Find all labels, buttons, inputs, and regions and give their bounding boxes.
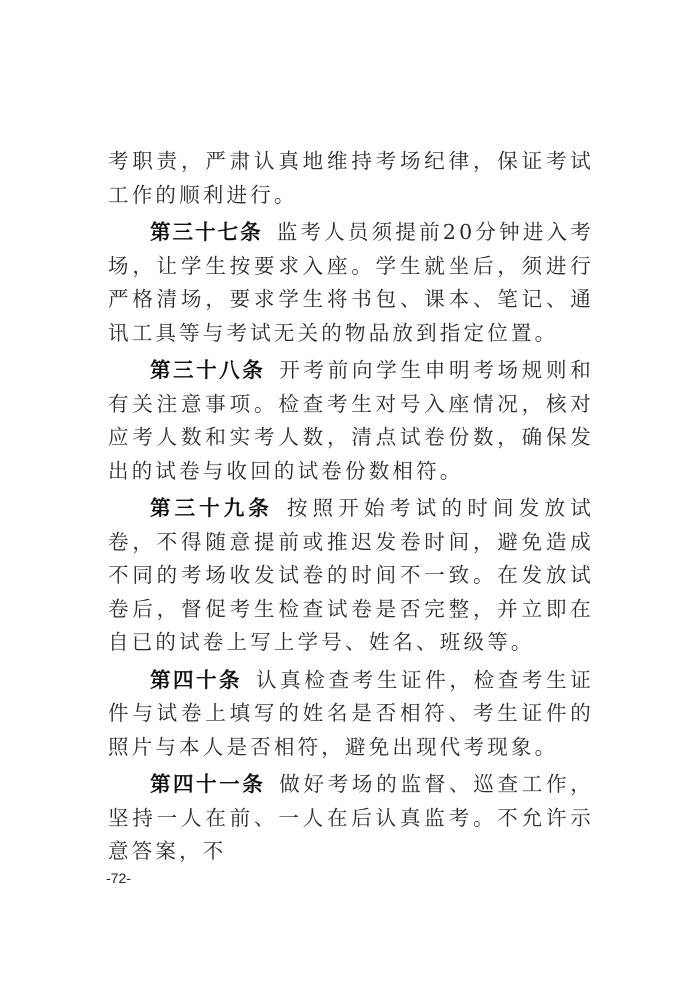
article-heading: 第三十九条: [150, 496, 273, 520]
article-38: 第三十八条开考前向学生申明考场规则和有关注意事项。检查考生对号入座情况，核对应考…: [108, 354, 594, 488]
article-40: 第四十条认真检查考生证件，检查考生证件与试卷上填写的姓名是否相符、考生证件的照片…: [108, 664, 594, 765]
document-body: 考职责，严肃认真地维持考场纪律，保证考试工作的顺利进行。 第三十七条监考人员须提…: [108, 145, 594, 873]
document-page: 考职责，严肃认真地维持考场纪律，保证考试工作的顺利进行。 第三十七条监考人员须提…: [0, 0, 695, 982]
article-heading: 第四十一条: [150, 772, 265, 796]
article-heading: 第三十七条: [150, 220, 263, 244]
page-number: -72-: [106, 870, 131, 886]
paragraph-continuation: 考职责，严肃认真地维持考场纪律，保证考试工作的顺利进行。: [108, 145, 594, 212]
article-37: 第三十七条监考人员须提前20分钟进入考场，让学生按要求入座。学生就坐后，须进行严…: [108, 216, 594, 350]
article-39: 第三十九条按照开始考试的时间发放试卷，不得随意提前或推迟发卷时间，避免造成不同的…: [108, 492, 594, 660]
article-heading: 第三十八条: [150, 358, 265, 382]
article-41: 第四十一条做好考场的监督、巡查工作，坚持一人在前、一人在后认真监考。不允许示意答…: [108, 768, 594, 869]
paragraph-text: 考职责，严肃认真地维持考场纪律，保证考试工作的顺利进行。: [108, 149, 594, 207]
article-heading: 第四十条: [150, 668, 242, 692]
